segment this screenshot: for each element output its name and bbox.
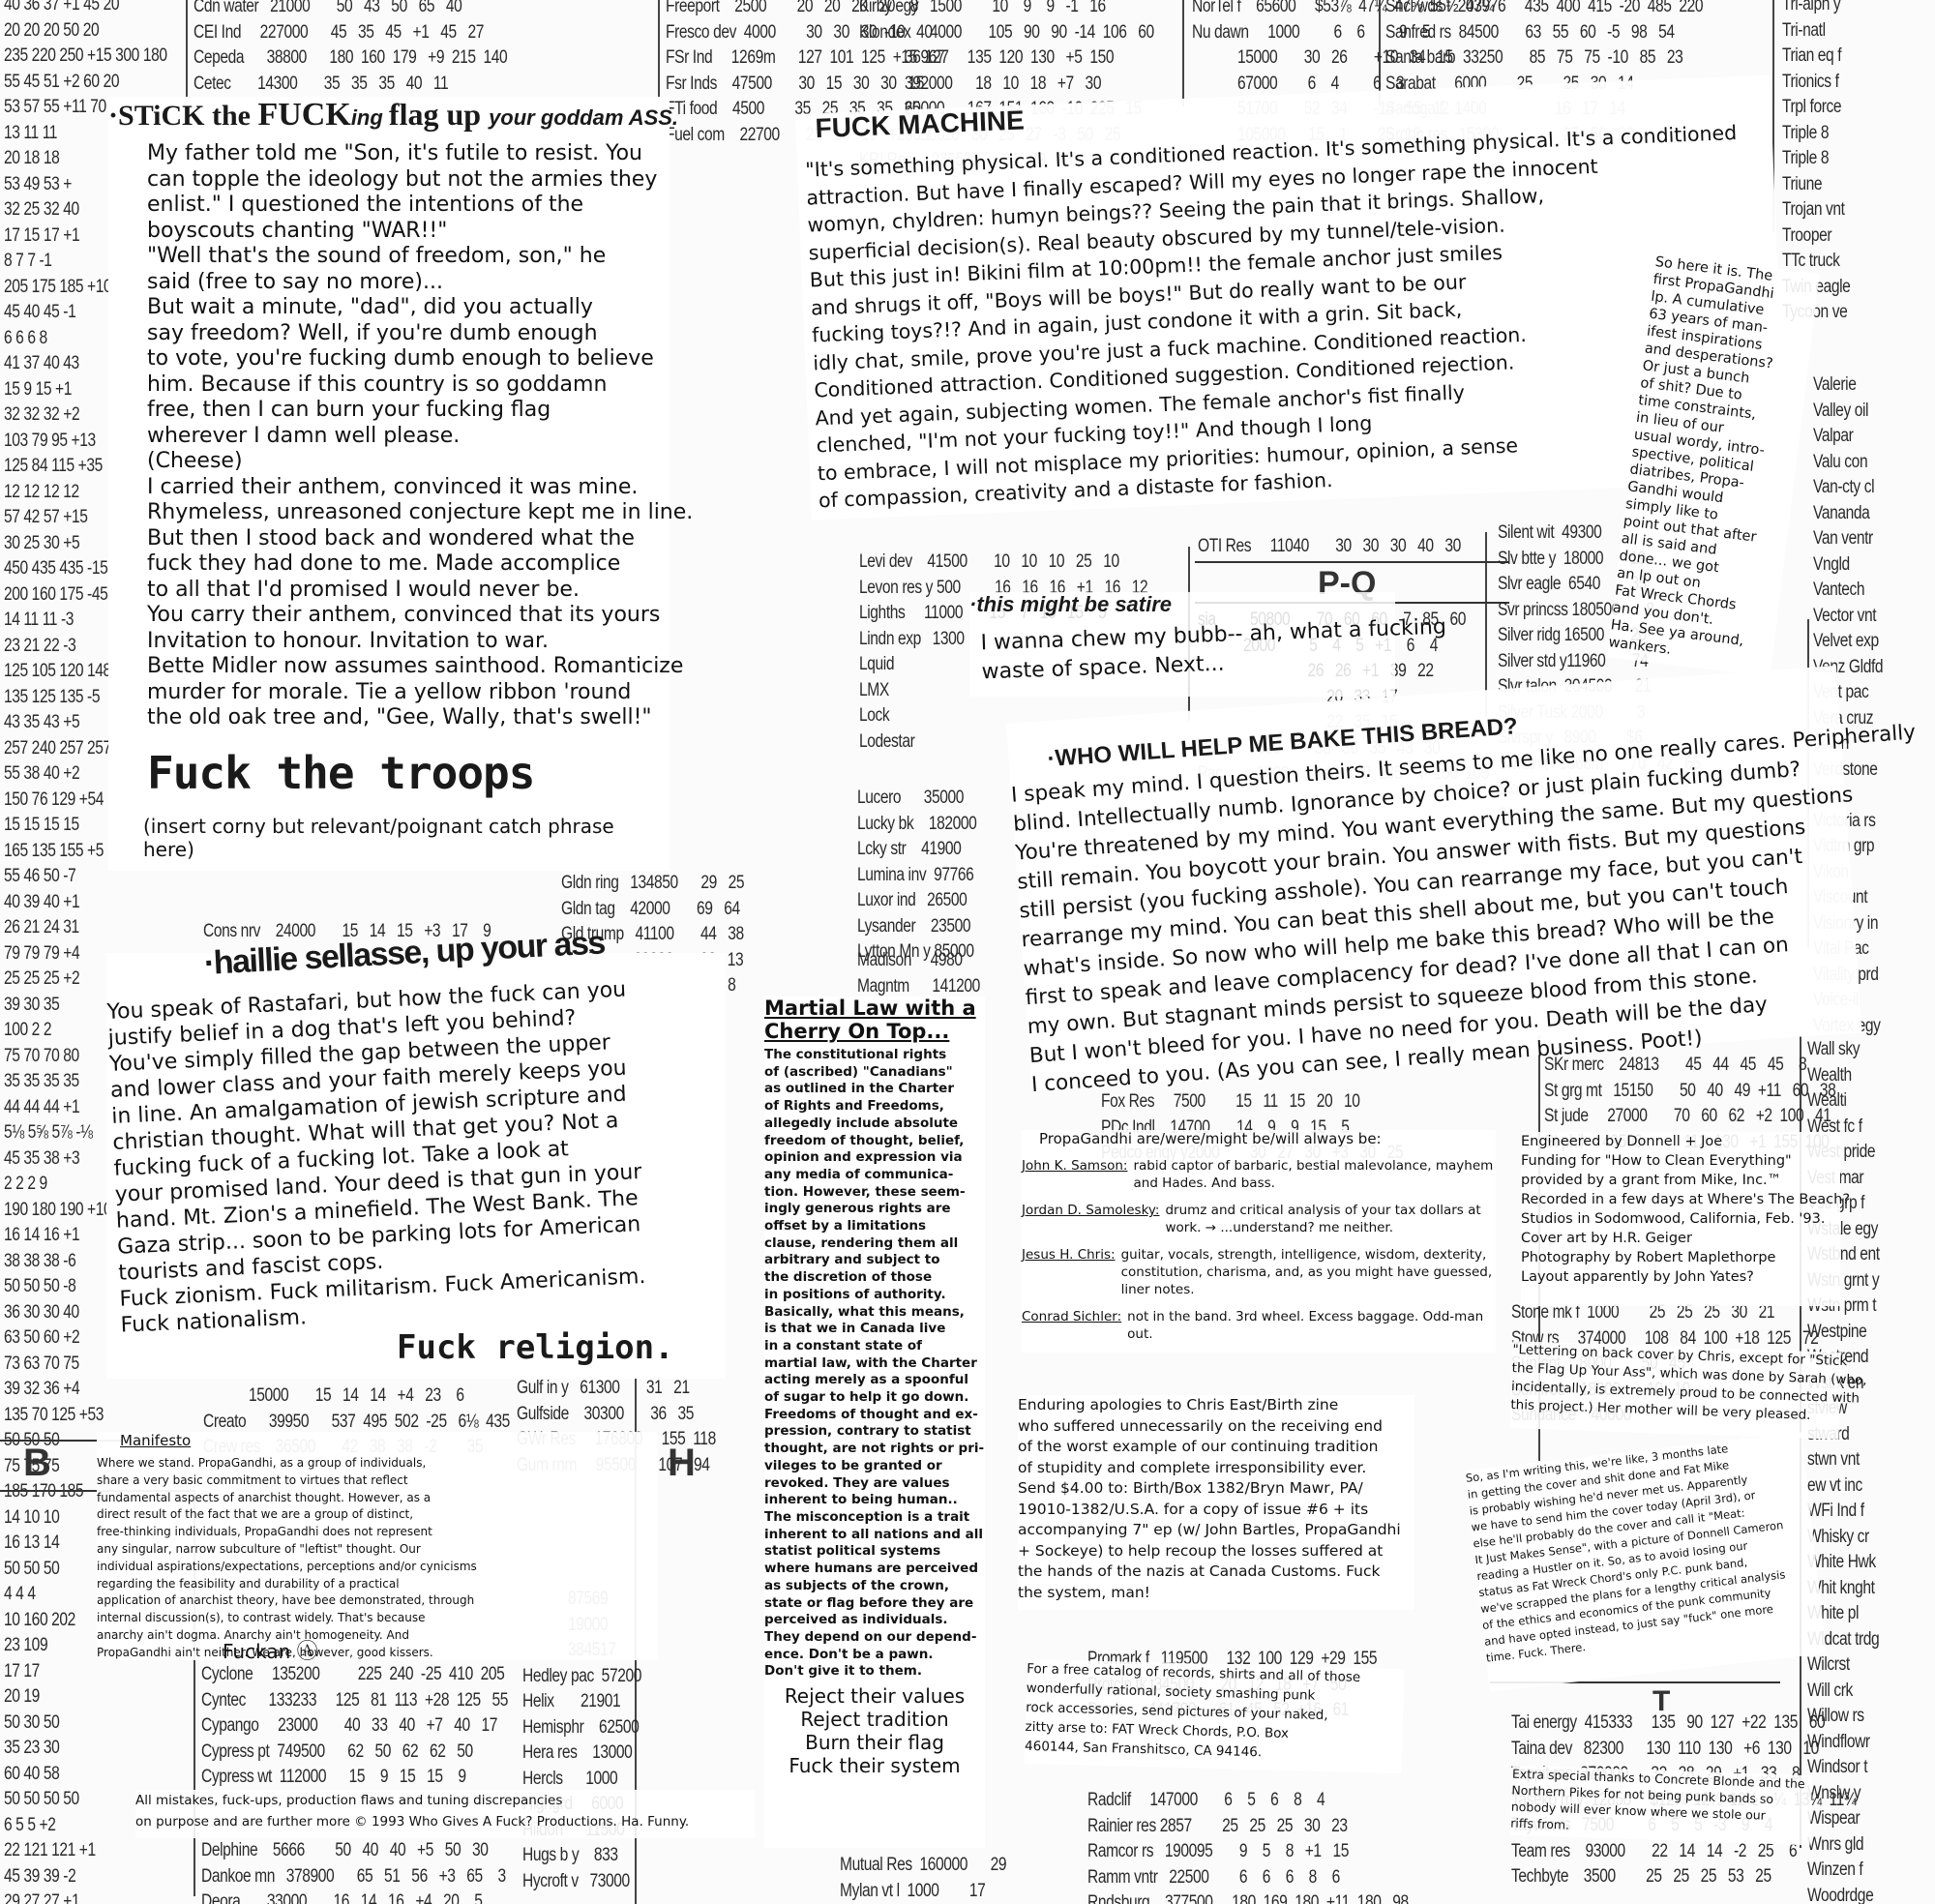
text-line: ence. Don't be a pawn. <box>764 1647 985 1664</box>
text-line: individual aspirations/expectations, per… <box>97 1559 658 1576</box>
panel-body: Extra special thanks to Concrete Blonde … <box>1510 1766 1812 1842</box>
panel-martial-law: Martial Law with a Cherry On Top... The … <box>764 997 985 1848</box>
text-line: They depend on our depend- <box>764 1629 985 1647</box>
text-line: revoked. They are values <box>764 1475 985 1493</box>
column-rule <box>658 0 660 106</box>
stock-block: Delphine 5666 50 40 40 +5 50 30 Dankoe m… <box>201 1838 506 1904</box>
band-member-name: Jesus H. Chris: <box>1022 1246 1116 1298</box>
band-member-list: John K. Samson:rabid captor of barbaric,… <box>1022 1157 1496 1343</box>
panel-thanks: Extra special thanks to Concrete Blonde … <box>1510 1766 1812 1846</box>
text-line: can topple the ideology but not the armi… <box>147 167 693 193</box>
band-intro: PropaGandhi are/were/might be/will alway… <box>1039 1130 1496 1147</box>
text-line: in positions of authority. <box>764 1287 985 1304</box>
text-line: provided by a grant from Mike, Inc.™ <box>1521 1171 1840 1190</box>
band-member-role: drumz and critical analysis of your tax … <box>1165 1202 1496 1236</box>
text-line: say freedom? Well, if you're dumb enough <box>147 321 693 347</box>
band-member: Jesus H. Chris:guitar, vocals, strength,… <box>1022 1246 1496 1298</box>
text-line: thought, are not rights or pri- <box>764 1441 985 1458</box>
panel-body: Where we stand. PropaGandhi, as a group … <box>97 1455 658 1662</box>
panel-body: I speak my mind. I question theirs. It s… <box>1010 718 1935 1100</box>
text-line: is that we in Canada live <box>764 1321 985 1338</box>
panel-stick-the-flag: ·STiCK the FUCKing flag up your goddam A… <box>108 97 670 871</box>
panel-body: Enduring apologies to Chris East/Birth z… <box>1018 1395 1414 1603</box>
text-line: Send $4.00 to: Birth/Box 1382/Bryn Mawr,… <box>1018 1478 1414 1500</box>
text-line: tion. However, these seem- <box>764 1184 985 1202</box>
text-line: fundamental aspects of anarchist thought… <box>97 1490 658 1507</box>
text-line: fuck they had done to me. Made accomplic… <box>147 551 693 578</box>
text-line: Don't give it to them. <box>764 1663 985 1681</box>
text-line: accompanying 7" ep (w/ John Bartles, Pro… <box>1018 1520 1414 1541</box>
text-line: clause, rendering them all <box>764 1235 985 1253</box>
panel-title: Manifesto <box>120 1432 658 1449</box>
band-member-role: guitar, vocals, strength, intelligence, … <box>1121 1246 1496 1298</box>
text-line: acting merely as a spoonful <box>764 1372 985 1389</box>
text-line: statist political systems <box>764 1543 985 1561</box>
text-line: Layout apparently by John Yates? <box>1521 1267 1840 1287</box>
anarchy-symbol-icon: Ⓐ <box>297 1640 318 1664</box>
panel-disclaimer: All mistakes, fuck-ups, production flaws… <box>135 1790 755 1838</box>
text-line: offset by a limitations <box>764 1218 985 1235</box>
band-member-name: John K. Samson: <box>1022 1157 1127 1192</box>
text-line: free-thinking individuals, PropaGandhi d… <box>97 1524 658 1541</box>
text-line: Enduring apologies to Chris East/Birth z… <box>1018 1395 1414 1416</box>
text-line: anarchy ain't dogma. Anarchy ain't homog… <box>97 1627 658 1645</box>
text-line: in a constant state of <box>764 1338 985 1355</box>
band-member-name: Conrad Sichler: <box>1022 1308 1121 1343</box>
text-line: the system, man! <box>1018 1583 1414 1604</box>
text-line: of Rights and Freedoms, <box>764 1098 985 1116</box>
text-line: Photography by Robert Maplethorpe <box>1521 1248 1840 1267</box>
panel-apologies: Enduring apologies to Chris East/Birth z… <box>1018 1395 1414 1610</box>
text-line: All mistakes, fuck-ups, production flaws… <box>135 1790 755 1811</box>
text-line: application of anarchist theory, have be… <box>97 1592 658 1610</box>
band-member: Jordan D. Samolesky:drumz and critical a… <box>1022 1202 1496 1236</box>
text-line: But wait a minute, "dad", did you actual… <box>147 295 693 321</box>
panel-manifesto: Manifesto Where we stand. PropaGandhi, a… <box>97 1432 658 1660</box>
text-line: Rhymeless, unreasoned conjecture kept me… <box>147 500 693 526</box>
text-line: where humans are perceived <box>764 1561 985 1578</box>
text-line: him. Because if this country is so godda… <box>147 372 693 399</box>
panel-catalog: For a free catalog of records, shirts an… <box>1025 1659 1405 1773</box>
catchphrase: (insert corny but relevant/poignant catc… <box>143 815 670 861</box>
text-line: Funding for "How to Clean Everything" <box>1521 1151 1840 1171</box>
text-line: martial law, with the Charter <box>764 1355 985 1373</box>
text-line: Studios in Sodomwood, California, Feb. '… <box>1521 1209 1840 1229</box>
text-line: to vote, you're fucking dumb enough to b… <box>147 346 693 372</box>
panel-title-line1: Martial Law with a <box>764 997 985 1020</box>
text-line: of sugar to help it go down. <box>764 1389 985 1407</box>
text-line: My father told me "Son, it's futile to r… <box>147 141 693 167</box>
text-line: as subjects of the crown, <box>764 1578 985 1595</box>
text-line: I carried their anthem, convinced it was… <box>147 475 693 501</box>
panel-late-note: So, as I'm writing this, we're like, 3 m… <box>1465 1432 1827 1691</box>
text-line: said (free to say no more)... <box>147 270 693 296</box>
text-line: Invitation to honour. Invitation to war. <box>147 629 693 655</box>
column-rule <box>186 0 188 106</box>
text-line: share a very basic commitment to virtues… <box>97 1473 658 1490</box>
text-line: arbitrary and subject to <box>764 1252 985 1269</box>
band-member: John K. Samson:rabid captor of barbaric,… <box>1022 1157 1496 1192</box>
text-line: enlist." I questioned the intentions of … <box>147 193 693 219</box>
text-line: Recorded in a few days at Where's The Be… <box>1521 1190 1840 1209</box>
band-member-name: Jordan D. Samolesky: <box>1022 1202 1159 1236</box>
panel-body: All mistakes, fuck-ups, production flaws… <box>135 1790 755 1832</box>
text-line: ingly generous rights are <box>764 1201 985 1218</box>
text-line: Cover art by H.R. Geiger <box>1521 1229 1840 1248</box>
text-line: Basically, what this means, <box>764 1304 985 1322</box>
text-line: Burn their flag <box>764 1731 985 1754</box>
panel-title: ·this might be satire <box>969 592 1395 617</box>
panel-body: You speak of Rastafari, but how the fuck… <box>106 976 648 1338</box>
text-line: to all that I'd promised I would never b… <box>147 578 693 604</box>
band-member-role: rabid captor of barbaric, bestial malevo… <box>1133 1157 1496 1192</box>
panel-haile-selassie: ·haillie sellasse, up your ass You speak… <box>106 953 726 1379</box>
panel-body: "It's something physical. It's a conditi… <box>805 119 1751 515</box>
panel-credits: Engineered by Donnell + JoeFunding for "… <box>1521 1132 1840 1306</box>
fuck-the-troops-shout: Fuck the troops <box>147 747 534 799</box>
panel-who-will-help-bake-bread: ·WHO WILL HELP ME BAKE THIS BREAD? I spe… <box>1006 666 1861 1090</box>
panel-body: So, as I'm writing this, we're like, 3 m… <box>1465 1432 1824 1666</box>
text-line: allegedly include absolute <box>764 1116 985 1133</box>
text-line: Bette Midler now assumes sainthood. Roma… <box>147 654 693 680</box>
panel-band-members: PropaGandhi are/were/might be/will alway… <box>1022 1130 1496 1353</box>
text-line: boyscouts chanting "WAR!!" <box>147 219 693 245</box>
text-line: inherent to all nations and all <box>764 1527 985 1544</box>
text-line: perceived as individuals. <box>764 1612 985 1629</box>
text-line: the old oak tree and, "Gee, Wally, that'… <box>147 705 693 731</box>
text-line: the discretion of those <box>764 1269 985 1287</box>
panel-body: I wanna chew my bubb-- ah, what a fuckin… <box>980 613 1447 688</box>
panel-body: My father told me "Son, it's futile to r… <box>147 141 693 731</box>
text-line: (Cheese) <box>147 449 693 475</box>
band-member: Conrad Sichler:not in the band. 3rd whee… <box>1022 1308 1496 1343</box>
text-line: "Well that's the sound of freedom, son,"… <box>147 244 693 270</box>
text-line: murder for morale. Tie a yellow ribbon '… <box>147 680 693 706</box>
text-line: the hands of the nazis at Canada Customs… <box>1018 1562 1414 1583</box>
text-line: The misconception is a trait <box>764 1509 985 1527</box>
text-line: regarding the feasibility and durability… <box>97 1576 658 1593</box>
text-line: Freedoms of thought and ex- <box>764 1407 985 1424</box>
text-line: + Sockeye) to help recoup the losses suf… <box>1018 1541 1414 1562</box>
text-line: state or flag before they are <box>764 1595 985 1613</box>
text-line: opinion and expression via <box>764 1149 985 1167</box>
column-rule <box>1182 0 1184 106</box>
panel-lettering: "Lettering on back cover by Chris, excep… <box>1510 1341 1842 1440</box>
text-line: who suffered unnecessarily on the receiv… <box>1018 1416 1414 1438</box>
slogans: Reject their valuesReject traditionBurn … <box>764 1684 985 1777</box>
text-line: freedom of thought, belief, <box>764 1133 985 1150</box>
text-line: any singular, narrow subculture of "left… <box>97 1541 658 1559</box>
band-member-role: not in the band. 3rd wheel. Excess bagga… <box>1127 1308 1496 1343</box>
text-line: Where we stand. PropaGandhi, as a group … <box>97 1455 658 1473</box>
text-line: Reject tradition <box>764 1708 985 1731</box>
panel-satire: ·this might be satire I wanna chew my bu… <box>969 592 1395 697</box>
text-line: You carry their anthem, convinced that i… <box>147 603 693 629</box>
text-line: wherever I damn well please. <box>147 424 693 450</box>
panel-body: Engineered by Donnell + JoeFunding for "… <box>1521 1132 1840 1287</box>
text-line: internal discussion(s), to contrast wide… <box>97 1610 658 1627</box>
panel-title-line2: Cherry On Top... <box>764 1020 985 1043</box>
text-line: Reject their values <box>764 1684 985 1708</box>
panel-body: "Lettering on back cover by Chris, excep… <box>1510 1341 1841 1426</box>
text-line: of (ascribed) "Canadians" <box>764 1064 985 1082</box>
section-letter-b: B <box>23 1442 51 1485</box>
fuck-religion-shout: Fuck religion. <box>397 1328 674 1367</box>
text-line: on purpose and are further more © 1993 W… <box>135 1811 755 1832</box>
text-line: The constitutional rights <box>764 1047 985 1064</box>
panel-body: For a free catalog of records, shirts an… <box>1025 1659 1404 1766</box>
text-line: any media of communica- <box>764 1167 985 1184</box>
text-line: of the worst example of our continuing t… <box>1018 1437 1414 1458</box>
text-line: But then I stood back and wondered what … <box>147 526 693 552</box>
text-line: vileges to be granted or <box>764 1458 985 1475</box>
text-line: Fuck their system <box>764 1754 985 1777</box>
panel-title: ·STiCK the FUCKing flag up your goddam A… <box>108 97 678 134</box>
text-line: direct result of the fact that we are a … <box>97 1506 658 1524</box>
text-line: pression, contrary to statist <box>764 1423 985 1441</box>
signature-fuckan: Fuckan Ⓐ <box>223 1635 318 1665</box>
text-line: free, then I can burn your fucking flag <box>147 398 693 424</box>
text-line: of stupidity and complete irresponsibili… <box>1018 1458 1414 1479</box>
text-line: 19010-1382/U.S.A. for a copy of issue #6… <box>1018 1500 1414 1521</box>
panel-body: The constitutional rightsof (ascribed) "… <box>764 1047 985 1681</box>
text-line: Engineered by Donnell + Joe <box>1521 1132 1840 1151</box>
text-line: inherent to being human.. <box>764 1492 985 1509</box>
stock-block: Radclif 147000 6 5 6 8 4 Rainier res 285… <box>1087 1788 1409 1904</box>
text-line: PropaGandhi ain't neither. We are, howev… <box>97 1645 658 1662</box>
text-line: as outlined in the Charter <box>764 1081 985 1098</box>
